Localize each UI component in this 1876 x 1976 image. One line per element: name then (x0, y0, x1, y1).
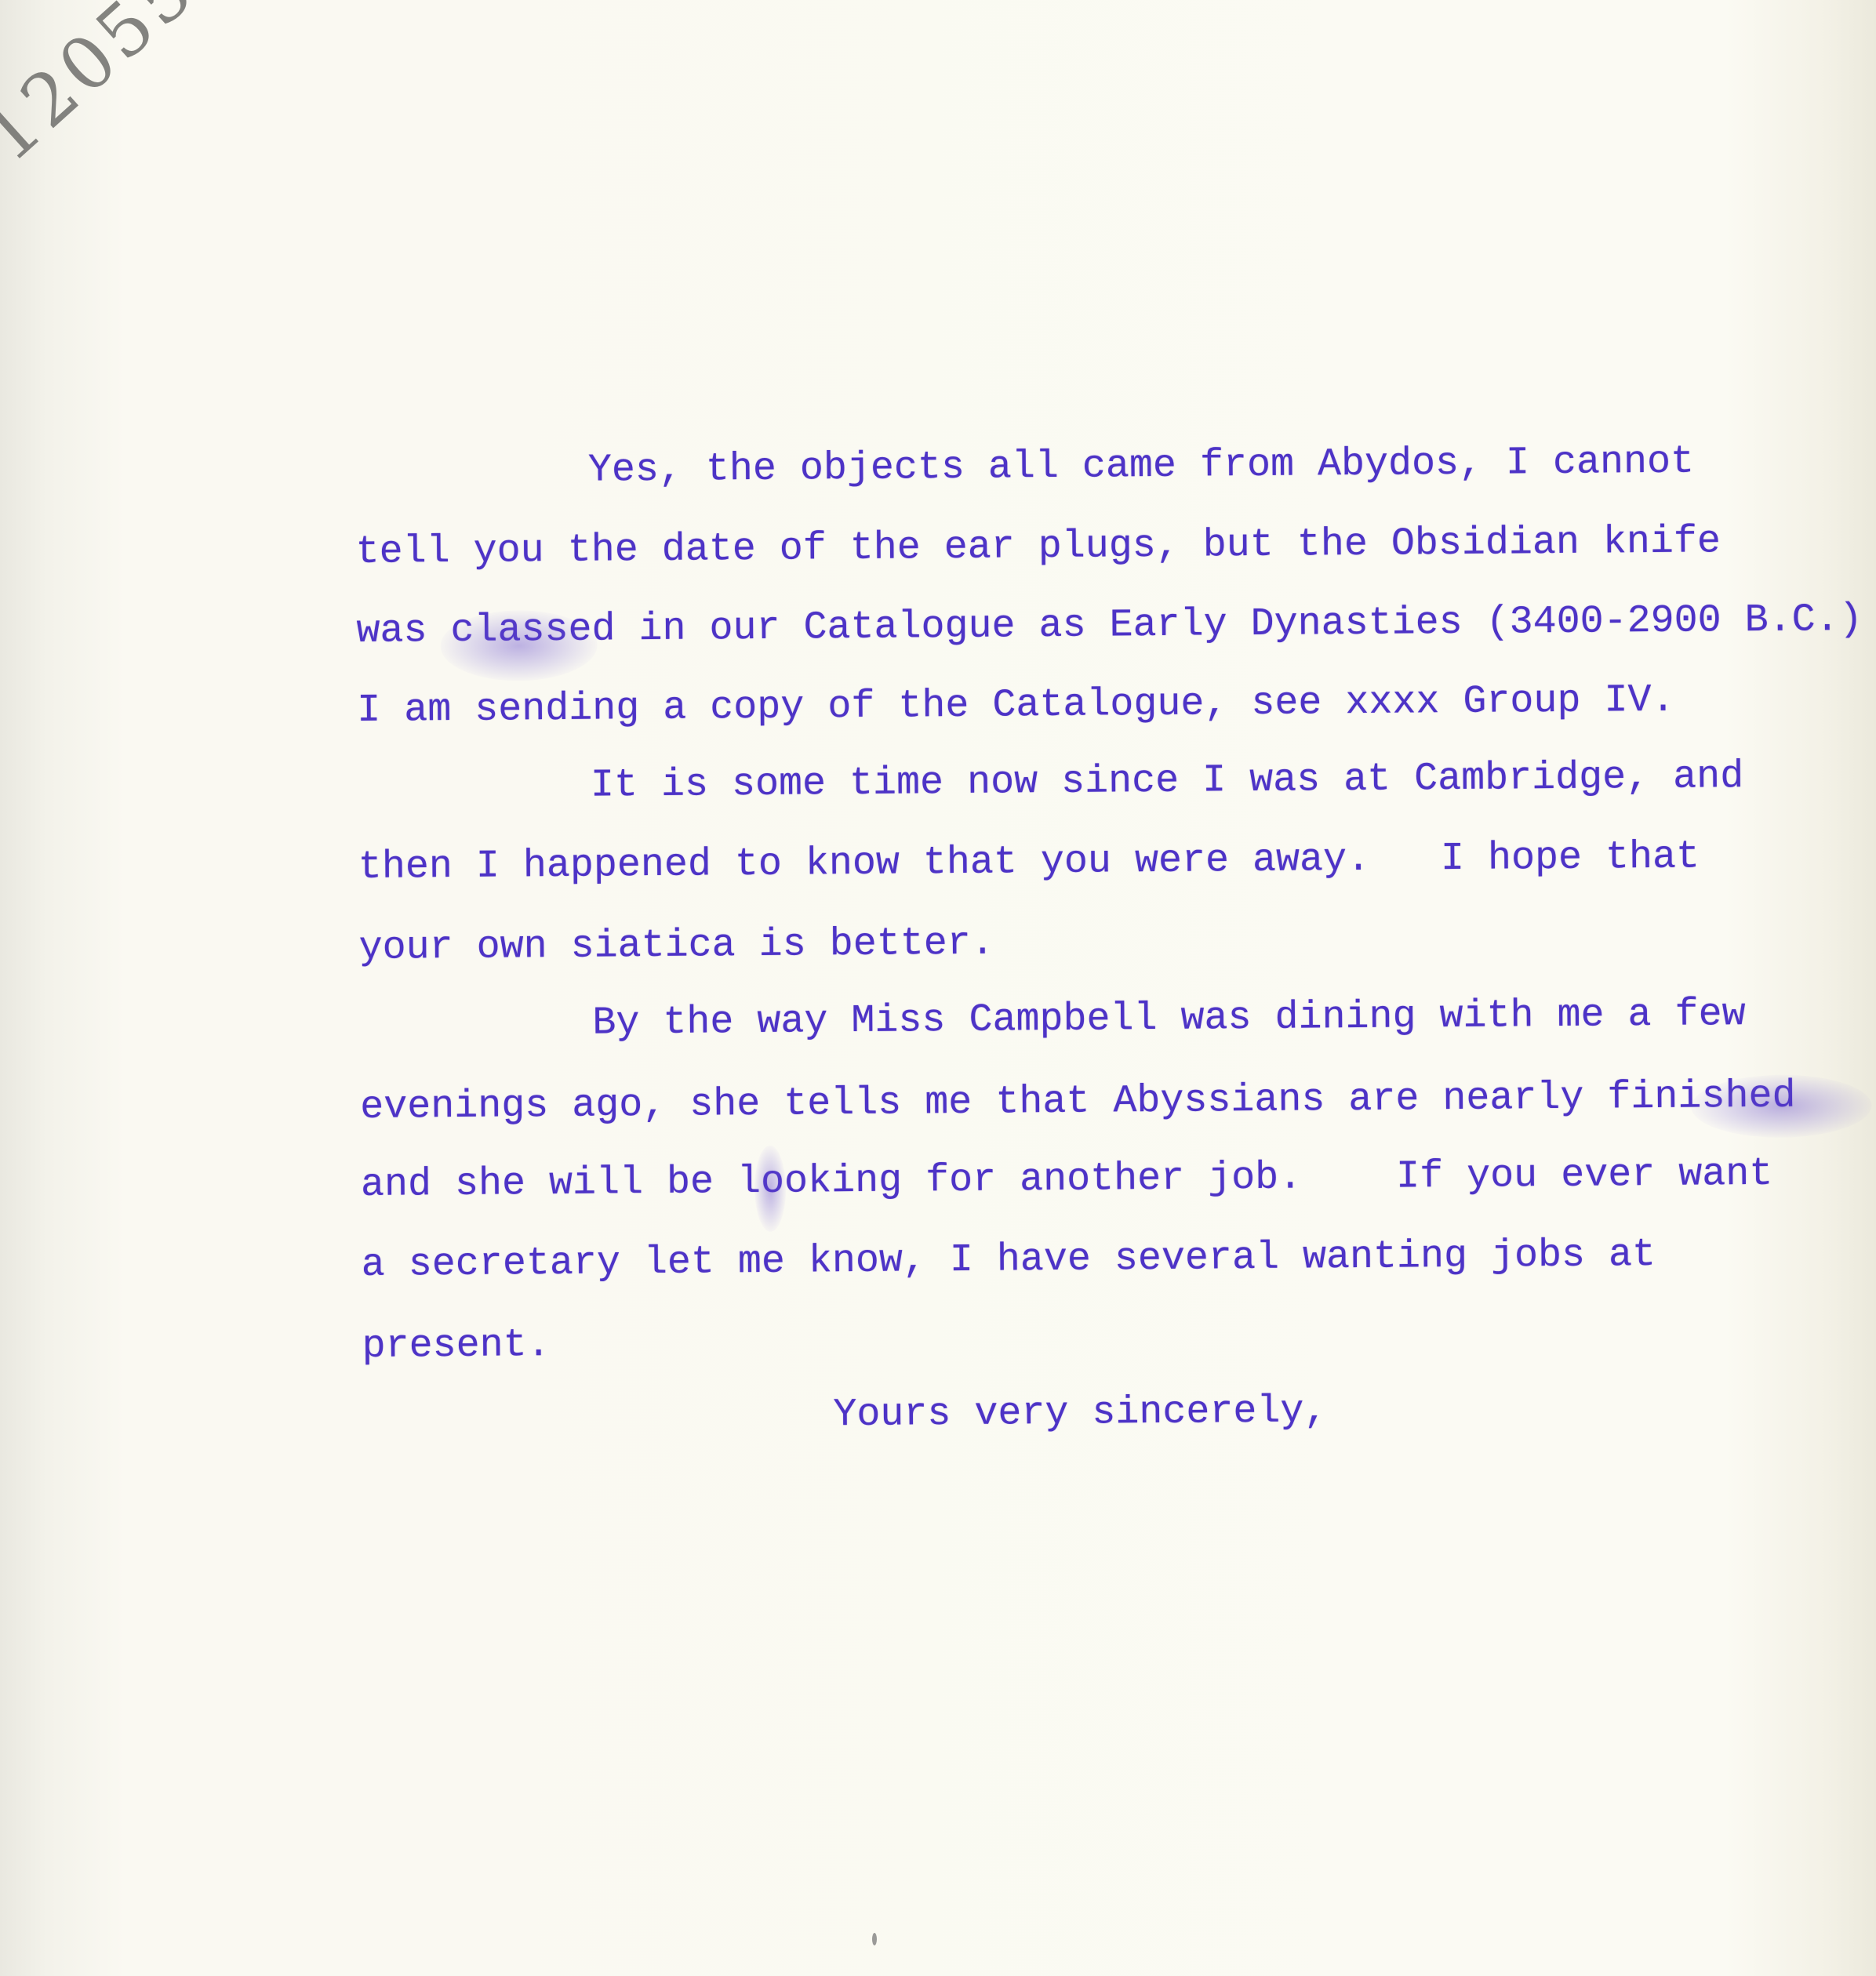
letter-line: then I happened to know that you were aw… (358, 838, 1700, 888)
closing-line: Yours very sincerely, (833, 1392, 1327, 1435)
letter-line: By the way Miss Campbell was dining with… (592, 995, 1746, 1044)
paper-speck (872, 1933, 877, 1945)
letter-body: Yes, the objects all came from Abydos, I… (0, 0, 1876, 1976)
letter-line: your own siatica is better. (358, 924, 994, 968)
letter-line: I am sending a copy of the Catalogue, se… (357, 681, 1675, 731)
letter-line: tell you the date of the ear plugs, but … (355, 522, 1721, 572)
letter-line: It is some time now since I was at Cambr… (591, 757, 1744, 806)
letter-line: was classed in our Catalogue as Early Dy… (356, 601, 1863, 652)
letter-line: Yes, the objects all came from Abydos, I… (588, 443, 1695, 491)
letter-line: a secretary let me know, I have several … (362, 1236, 1656, 1285)
letter-line: and she will be looking for another job.… (361, 1155, 1773, 1205)
letter-line: evenings ago, she tells me that Abyssian… (360, 1077, 1796, 1128)
letter-line: present. (362, 1326, 550, 1367)
